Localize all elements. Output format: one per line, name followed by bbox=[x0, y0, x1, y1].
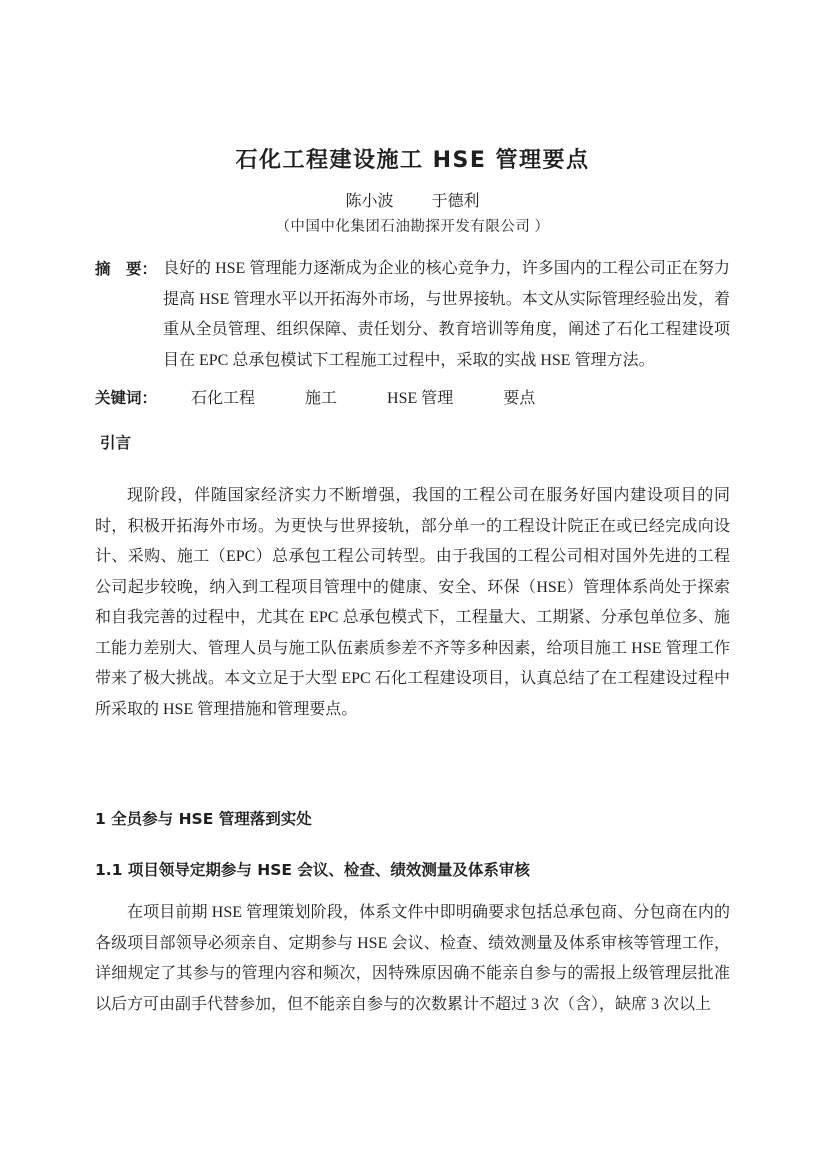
keywords-label: 关键词： bbox=[95, 389, 157, 407]
keyword-2: 施工 bbox=[305, 390, 337, 407]
affiliation-line: （中国中化集团石油勘探开发有限公司 ） bbox=[95, 216, 730, 238]
authors-line: 陈小波 于德利 bbox=[95, 191, 730, 213]
document-title: 石化工程建设施工 HSE 管理要点 bbox=[95, 145, 730, 176]
introduction-paragraph: 现阶段，伴随国家经济实力不断增强，我国的工程公司在服务好国内建设项目的同时，积极… bbox=[95, 481, 730, 725]
keyword-1: 石化工程 bbox=[191, 390, 255, 407]
section-1-1-heading: 1.1 项目领导定期参与 HSE 会议、检查、绩效测量及体系审核 bbox=[95, 858, 730, 882]
keyword-3: HSE 管理 bbox=[387, 390, 453, 407]
section-1-1-paragraph: 在项目前期 HSE 管理策划阶段，体系文件中即明确要求包括总承包商、分包商在内的… bbox=[95, 898, 730, 1020]
introduction-heading: 引言 bbox=[95, 431, 730, 455]
abstract-label: 摘 要： bbox=[95, 254, 157, 285]
abstract-text: 良好的 HSE 管理能力逐渐成为企业的核心竞争力，许多国内的工程公司正在努力提高… bbox=[163, 260, 730, 369]
author-name-1: 陈小波 bbox=[345, 193, 393, 210]
document-page: 石化工程建设施工 HSE 管理要点 陈小波 于德利 （中国中化集团石油勘探开发有… bbox=[0, 0, 826, 1169]
keywords-row: 关键词： 石化工程 施工 HSE 管理 要点 bbox=[95, 383, 730, 414]
section-1-heading: 1 全员参与 HSE 管理落到实处 bbox=[95, 807, 730, 831]
abstract-block: 摘 要： 良好的 HSE 管理能力逐渐成为企业的核心竞争力，许多国内的工程公司正… bbox=[95, 254, 730, 376]
keyword-4: 要点 bbox=[503, 390, 535, 407]
author-name-2: 于德利 bbox=[432, 193, 480, 210]
